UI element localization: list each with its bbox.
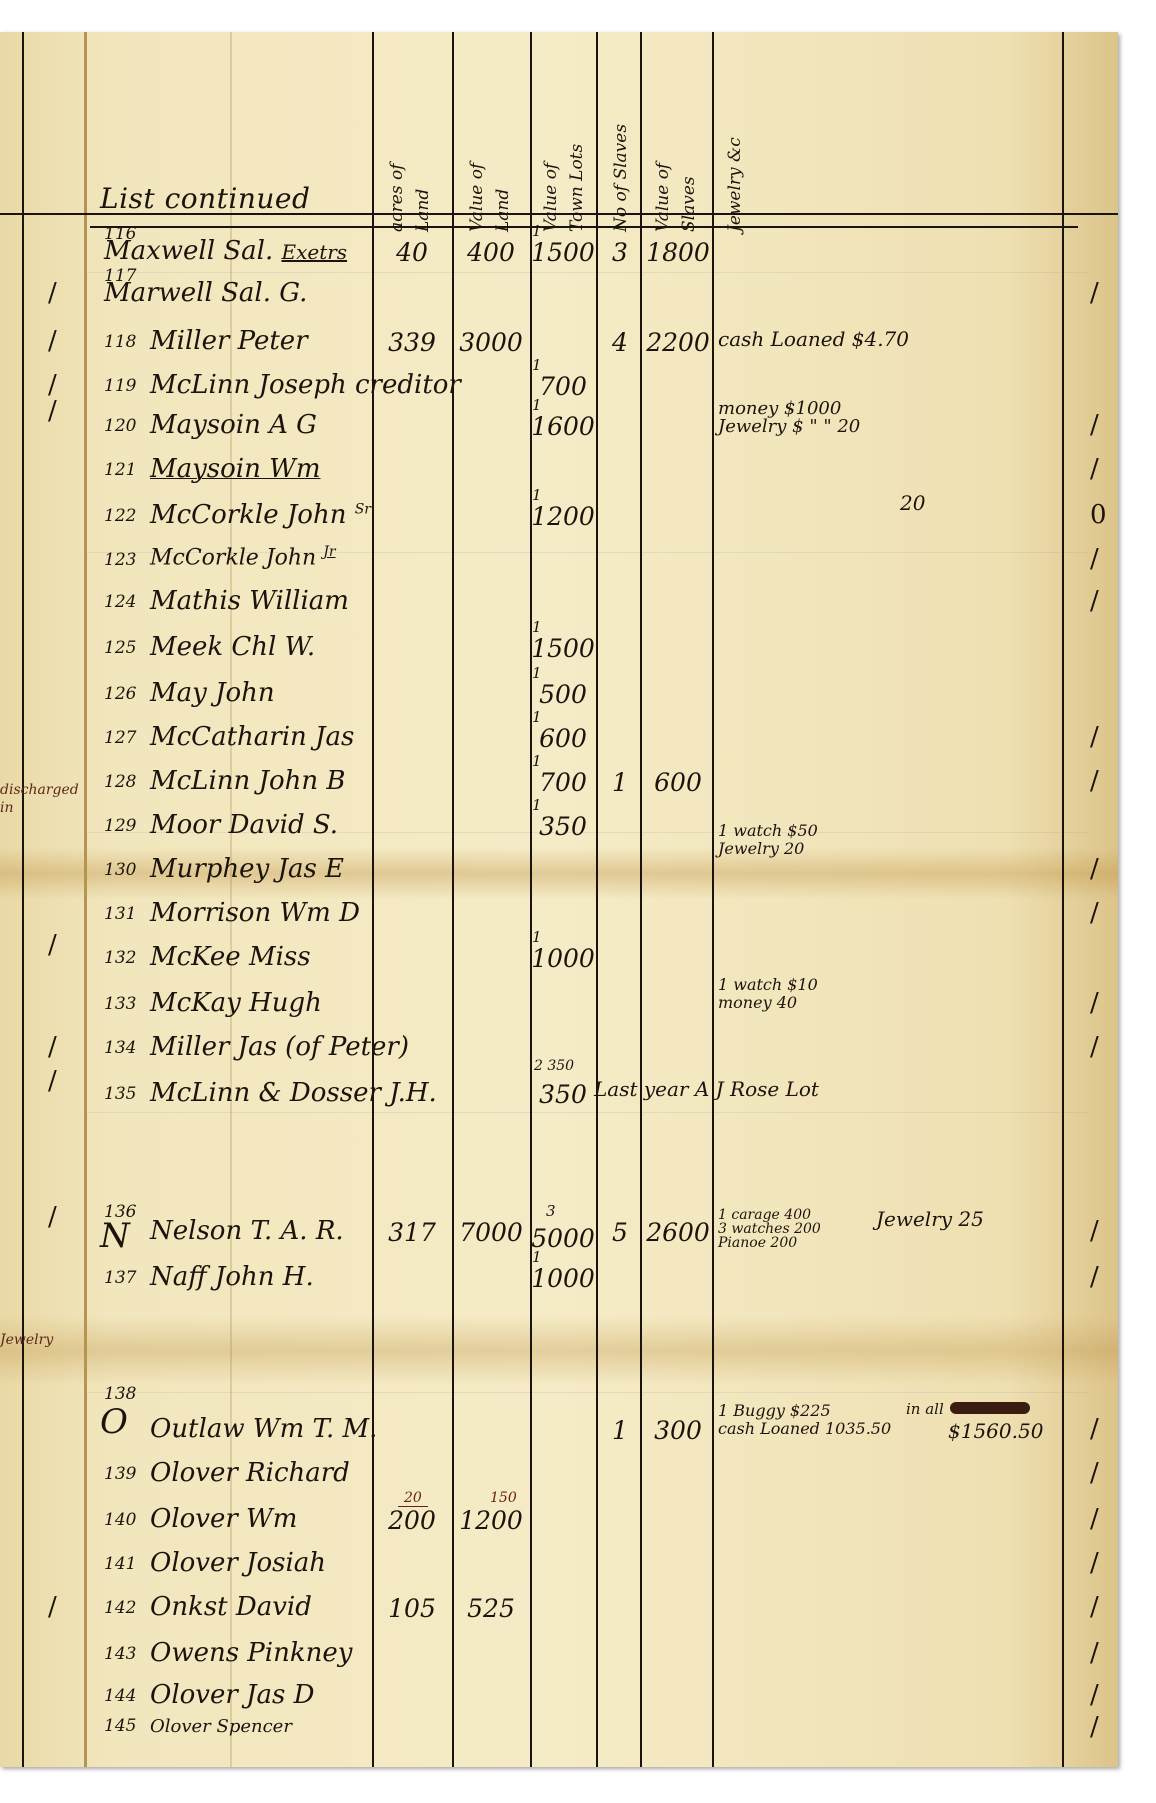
row-number: 119 xyxy=(104,376,136,396)
header-text: acres of xyxy=(388,164,406,233)
notes-line: cash Loaned 1035.50 xyxy=(718,1420,891,1438)
slaves-cell: 1 xyxy=(598,1416,642,1445)
row-name: McLinn John B xyxy=(150,766,345,796)
ledger-row: 118 Miller Peter 339 3000 4 2200 cash Lo… xyxy=(0,320,1118,364)
row-name: McCatharin Jas xyxy=(150,722,354,752)
ledger-row: 122 McCorkle John Sr 1 1200 20 0 xyxy=(0,494,1118,538)
ledger-row: 131 Morrison Wm D / xyxy=(0,892,1118,936)
check-mark-right: / xyxy=(1090,586,1099,616)
col-header-value-land: Value of Land xyxy=(460,67,518,232)
row-name: Maysoin A G xyxy=(150,410,317,440)
row-number: 133 xyxy=(104,994,136,1014)
slaves-cell: 3 xyxy=(598,238,642,267)
value-town-cell: 350 xyxy=(530,1080,596,1109)
ledger-row: 136 N Nelson T. A. R. 317 7000 3 5000 5 … xyxy=(0,1210,1118,1254)
value-slaves-cell: 2200 xyxy=(642,328,714,357)
ledger-page: List continued acres of Land Value of La… xyxy=(0,32,1118,1767)
row-name: Meek Chl W. xyxy=(150,632,315,662)
row-number: 143 xyxy=(104,1644,136,1664)
col-header-jewelry: Jewelry &c xyxy=(706,67,764,232)
check-mark-right: / xyxy=(1090,1592,1099,1622)
ledger-row: 119 McLinn Joseph creditor 1 700 / xyxy=(0,364,1118,408)
ledger-row: 137 Naff John H. 1 1000 / xyxy=(0,1256,1118,1300)
row-number: 120 xyxy=(104,416,136,436)
row-name: Owens Pinkney xyxy=(150,1638,352,1668)
row-name: Onkst David xyxy=(150,1592,312,1622)
row-name: McLinn Joseph creditor xyxy=(150,370,461,400)
notes-extra: Jewelry 25 xyxy=(876,1210,984,1228)
ledger-row: 116 Maxwell Sal. Exetrs 40 400 1 1500 3 … xyxy=(0,230,1118,274)
ink-blot xyxy=(950,1402,1030,1414)
check-mark-right: / xyxy=(1090,1548,1099,1578)
ledger-row: 125 Meek Chl W. 1 1500 xyxy=(0,626,1118,670)
row-name: May John xyxy=(150,678,275,708)
check-mark-right: / xyxy=(1090,854,1099,884)
header-text: Town Lots xyxy=(568,144,586,232)
name-text: Maxwell Sal. xyxy=(104,236,273,266)
value-town-cell: 1000 xyxy=(530,1264,596,1293)
col-header-value-town-lots: Value of Town Lots xyxy=(534,67,592,232)
row-name: McKee Miss xyxy=(150,942,311,972)
row-name: Murphey Jas E xyxy=(150,854,344,884)
row-number: 132 xyxy=(104,948,136,968)
check-mark-right: / xyxy=(1090,1504,1099,1534)
slaves-cell: 4 xyxy=(598,328,642,357)
notes-total: $1560.50 xyxy=(948,1422,1043,1440)
row-number: 130 xyxy=(104,860,136,880)
notes-line: 3 watches 200 xyxy=(718,1222,821,1236)
name-text: McCorkle John xyxy=(150,500,346,530)
check-mark-right: / xyxy=(1090,1458,1099,1488)
check-mark-right: / xyxy=(1090,898,1099,928)
notes-cell: 1 carage 400 3 watches 200 Pianoe 200 xyxy=(718,1208,821,1250)
ledger-row: 127 McCatharin Jas 1 600 / xyxy=(0,716,1118,760)
value-slaves-cell: 1800 xyxy=(642,238,714,267)
row-name: Moor David S. xyxy=(150,810,338,840)
row-name: McCorkle John Jr xyxy=(150,544,336,570)
row-number: 134 xyxy=(104,1038,136,1058)
ledger-row: 141 Olover Josiah / xyxy=(0,1542,1118,1586)
row-number: 121 xyxy=(104,460,136,480)
check-mark-left: / xyxy=(48,1592,57,1622)
value-slaves-cell: 300 xyxy=(642,1416,714,1445)
ledger-row: 128 McLinn John B 1 700 1 600 / xyxy=(0,760,1118,804)
acres-cell: 105 xyxy=(372,1594,452,1623)
value-town-cell: 1200 xyxy=(530,502,596,531)
margin-note: Jewelry xyxy=(0,1332,53,1348)
row-name: McLinn & Dosser J.H. xyxy=(150,1078,437,1108)
check-mark-left: / xyxy=(48,326,57,356)
check-mark-right: / xyxy=(1090,410,1099,440)
row-number: 140 xyxy=(104,1510,136,1530)
ledger-row: 126 May John 1 500 xyxy=(0,672,1118,716)
row-number: 126 xyxy=(104,684,136,704)
check-mark-right: / xyxy=(1090,1680,1099,1710)
header-text: Value of xyxy=(654,163,672,232)
check-mark-right: / xyxy=(1090,988,1099,1018)
value-land-cell: 7000 xyxy=(452,1218,530,1247)
name-suffix: Exetrs xyxy=(281,240,347,264)
row-name: Olover Jas D xyxy=(150,1680,314,1710)
header-text: Slaves xyxy=(680,176,698,232)
check-mark-right: / xyxy=(1090,1638,1099,1668)
row-number: 144 xyxy=(104,1686,136,1706)
row-number: 123 xyxy=(104,550,136,570)
row-number: 139 xyxy=(104,1464,136,1484)
value-slaves-cell: 600 xyxy=(642,768,714,797)
value-town-cell: 500 xyxy=(530,680,596,709)
row-name: McCorkle John Sr xyxy=(150,500,371,530)
check-mark-right: / xyxy=(1090,1712,1099,1742)
row-name: Olover Spencer xyxy=(150,1716,292,1737)
header-text: Land xyxy=(494,189,512,232)
section-letter: O xyxy=(100,1402,128,1442)
name-suffix: Sr xyxy=(355,501,371,517)
check-mark-left: / xyxy=(48,930,57,960)
value-land-above: 150 xyxy=(490,1490,517,1506)
row-name: Miller Jas (of Peter) xyxy=(150,1032,409,1062)
ledger-row: 130 Murphey Jas E / xyxy=(0,848,1118,892)
section-letter: N xyxy=(100,1216,130,1256)
check-mark-right: / xyxy=(1090,278,1099,308)
check-mark-left: / xyxy=(48,396,57,426)
value-town-cell: 1500 xyxy=(530,634,596,663)
row-name: Miller Peter xyxy=(150,326,308,356)
row-name: Olover Wm xyxy=(150,1504,297,1534)
check-mark-right: / xyxy=(1090,1032,1099,1062)
ledger-row: 142 Onkst David 105 525 / / xyxy=(0,1586,1118,1630)
value-slaves-cell: 2600 xyxy=(642,1218,714,1247)
row-number: 135 xyxy=(104,1084,136,1104)
row-number: 122 xyxy=(104,506,136,526)
town-tick: 3 xyxy=(546,1202,556,1220)
row-name: Naff John H. xyxy=(150,1262,314,1292)
check-mark-right: / xyxy=(1090,1414,1099,1444)
value-land-cell: 3000 xyxy=(452,328,530,357)
row-number: 138 xyxy=(104,1384,136,1404)
row-name: Maysoin Wm xyxy=(150,454,321,484)
row-number: 127 xyxy=(104,728,136,748)
check-mark-left: / xyxy=(48,1032,57,1062)
ledger-row: 121 Maysoin Wm / xyxy=(0,448,1118,492)
row-number: 141 xyxy=(104,1554,136,1574)
notes-cell: 1 Buggy $225 cash Loaned 1035.50 xyxy=(718,1402,891,1438)
value-town-cell: 700 xyxy=(530,768,596,797)
value-town-cell: 1600 xyxy=(530,412,596,441)
ledger-row: 139 Olover Richard / xyxy=(0,1452,1118,1496)
town-above: 2 350 xyxy=(534,1058,574,1074)
notes-extra: in all xyxy=(906,1400,944,1418)
check-mark-left: / xyxy=(48,1066,57,1096)
acres-above: 20 xyxy=(398,1490,428,1507)
ledger-row: 138 O Outlaw Wm T. M. 1 300 1 Buggy $225… xyxy=(0,1408,1118,1452)
ledger-row: 123 McCorkle John Jr / xyxy=(0,538,1118,582)
value-town-cell: 1500 xyxy=(530,238,596,267)
row-number: 131 xyxy=(104,904,136,924)
rule-line xyxy=(86,1392,1088,1393)
ledger-row: 124 Mathis William / xyxy=(0,580,1118,624)
check-mark-right: / xyxy=(1090,1216,1099,1246)
row-number: 128 xyxy=(104,772,136,792)
col-header-value-slaves: Value of Slaves xyxy=(646,67,704,232)
value-land-cell: 1200 xyxy=(452,1506,530,1535)
row-name: Nelson T. A. R. xyxy=(150,1216,344,1246)
header-text: Land xyxy=(414,189,432,232)
row-number: 145 xyxy=(104,1716,136,1736)
check-mark-left: / xyxy=(48,1202,57,1232)
ledger-row: 132 McKee Miss 1 1000 / xyxy=(0,936,1118,980)
name-text: McCorkle John xyxy=(150,545,316,570)
row-name: Maxwell Sal. Exetrs xyxy=(104,236,347,266)
slaves-cell: 1 xyxy=(598,768,642,797)
ledger-row: 120 Maysoin A G 1 1600 money $1000 Jewel… xyxy=(0,404,1118,448)
header-text: Jewelry &c xyxy=(726,137,744,232)
row-name: Olover Josiah xyxy=(150,1548,326,1578)
acres-cell: 317 xyxy=(372,1218,452,1247)
name-suffix: Jr xyxy=(323,544,335,560)
row-number: 118 xyxy=(104,332,136,352)
row-number: 125 xyxy=(104,638,136,658)
ledger-row: 129 Moor David S. 1 350 1 watch $50 Jewe… xyxy=(0,804,1118,848)
value-town-cell: 350 xyxy=(530,812,596,841)
ledger-row: 133 McKay Hugh 1 watch $10 money 40 / xyxy=(0,982,1118,1026)
check-mark-right: / xyxy=(1090,544,1099,574)
value-land-cell: 525 xyxy=(452,1594,530,1623)
ledger-row: 117 Marwell Sal. G. / / xyxy=(0,272,1118,316)
row-name: McKay Hugh xyxy=(150,988,322,1018)
acres-cell: 339 xyxy=(372,328,452,357)
check-mark-right: 0 xyxy=(1090,500,1107,530)
value-land-cell: 400 xyxy=(452,238,530,267)
acres-cell: 40 xyxy=(372,238,452,267)
row-number: 124 xyxy=(104,592,136,612)
header-text: Value of xyxy=(542,163,560,232)
row-name: Mathis William xyxy=(150,586,349,616)
notes-cell: 1 watch $10 money 40 xyxy=(718,976,818,1012)
header-text: Value of xyxy=(468,163,486,232)
notes-line: 1 watch $10 xyxy=(718,976,818,994)
ledger-row: 143 Owens Pinkney / xyxy=(0,1632,1118,1676)
row-name: Morrison Wm D xyxy=(150,898,360,928)
check-mark-right: / xyxy=(1090,766,1099,796)
row-number: 129 xyxy=(104,816,136,836)
ledger-row: 145 Olover Spencer / xyxy=(0,1712,1118,1742)
value-town-cell: 1000 xyxy=(530,944,596,973)
notes-line: 1 carage 400 xyxy=(718,1208,821,1222)
ledger-row: 140 Olover Wm 20 200 150 1200 / xyxy=(0,1498,1118,1542)
col-header-no-slaves: No of Slaves xyxy=(592,67,650,232)
notes-line: Jewelry $ " " 20 xyxy=(718,418,860,436)
row-name: Olover Richard xyxy=(150,1458,350,1488)
row-number: 137 xyxy=(104,1268,136,1288)
check-mark-left: / xyxy=(48,278,57,308)
notes-line: Pianoe 200 xyxy=(718,1236,821,1250)
row-name: Marwell Sal. G. xyxy=(104,278,307,308)
ledger-row: 135 McLinn & Dosser J.H. 2 350 350 Last … xyxy=(0,1072,1118,1116)
notes-line: money 40 xyxy=(718,994,818,1012)
row-number: 142 xyxy=(104,1598,136,1618)
notes-line: 1 Buggy $225 xyxy=(718,1402,891,1420)
notes-line: 1 watch $50 xyxy=(718,822,818,840)
notes-cell: Last year A J Rose Lot xyxy=(594,1080,819,1098)
header-text: No of Slaves xyxy=(612,124,630,232)
col-header-acres: acres of Land xyxy=(380,67,438,232)
value-town-cell: 600 xyxy=(530,724,596,753)
check-mark-right: / xyxy=(1090,454,1099,484)
check-mark-right: / xyxy=(1090,722,1099,752)
row-name: Outlaw Wm T. M. xyxy=(150,1414,377,1444)
list-title: List continued xyxy=(100,182,310,215)
slaves-cell: 5 xyxy=(598,1218,642,1247)
notes-cell: money $1000 Jewelry $ " " 20 xyxy=(718,400,860,436)
acres-cell: 200 xyxy=(372,1506,452,1535)
notes-cell: cash Loaned $4.70 xyxy=(718,330,909,348)
check-mark-right: / xyxy=(1090,1262,1099,1292)
notes-cell: 20 xyxy=(900,494,925,512)
